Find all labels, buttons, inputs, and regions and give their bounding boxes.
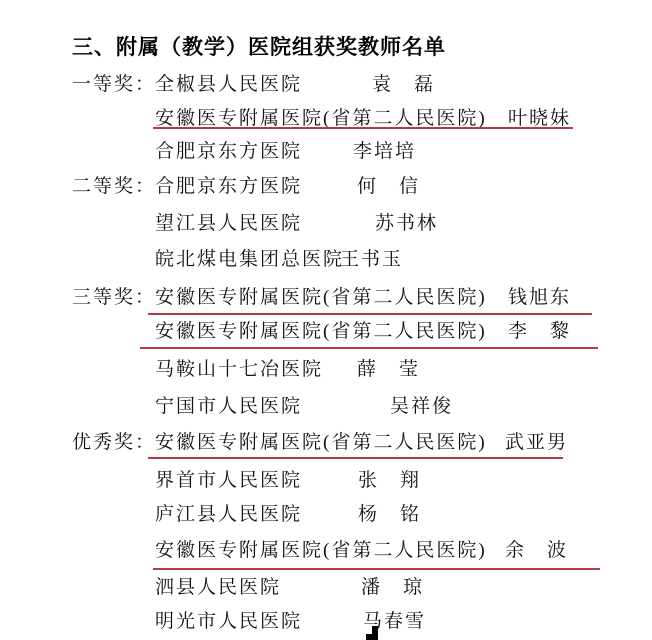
hospital-name: 皖北煤电集团总医院 xyxy=(155,249,344,270)
hospital-name: 安徽医专附属医院(省第二人民医院) xyxy=(155,287,487,308)
award-row: 皖北煤电集团总医院 王书玉 xyxy=(0,249,652,270)
teacher-name: 钱旭东 xyxy=(508,287,571,308)
teacher-name: 李培培 xyxy=(353,141,416,162)
award-row: 三等奖： 安徽医专附属医院(省第二人民医院) 钱旭东 xyxy=(0,287,652,308)
hospital-name: 安徽医专附属医院(省第二人民医院) xyxy=(155,321,487,342)
award-row: 安徽医专附属医院(省第二人民医院) 叶晓妹 xyxy=(0,108,652,129)
hospital-name: 马鞍山十七冶医院 xyxy=(155,359,323,380)
hospital-name: 合肥京东方医院 xyxy=(155,176,302,197)
award-label: 二等奖： xyxy=(72,176,156,197)
red-underline xyxy=(153,127,573,129)
teacher-name: 何 信 xyxy=(357,176,420,197)
hospital-name: 界首市人民医院 xyxy=(155,470,302,491)
red-underline xyxy=(148,313,592,315)
hospital-name: 宁国市人民医院 xyxy=(155,396,302,417)
hospital-name: 全椒县人民医院 xyxy=(155,74,302,95)
award-row: 安徽医专附属医院(省第二人民医院) 李 黎 xyxy=(0,321,652,342)
red-underline xyxy=(148,457,563,459)
hospital-name: 合肥京东方医院 xyxy=(155,141,302,162)
text-cursor-artifact xyxy=(366,626,378,640)
teacher-name: 袁 磊 xyxy=(372,74,435,95)
teacher-name: 吴祥俊 xyxy=(390,396,453,417)
teacher-name: 李 黎 xyxy=(508,321,571,342)
hospital-name: 泗县人民医院 xyxy=(155,577,281,598)
red-underline xyxy=(153,568,600,570)
teacher-name: 张 翔 xyxy=(358,470,421,491)
teacher-name: 余 波 xyxy=(505,540,568,561)
teacher-name: 潘 琼 xyxy=(361,577,424,598)
document-page: 三、附属（教学）医院组获奖教师名单 一等奖： 全椒县人民医院 袁 磊 安徽医专附… xyxy=(0,0,652,640)
hospital-name: 安徽医专附属医院(省第二人民医院) xyxy=(155,108,487,129)
page-title: 三、附属（教学）医院组获奖教师名单 xyxy=(72,31,446,61)
award-label: 优秀奖： xyxy=(72,432,156,453)
teacher-name: 王书玉 xyxy=(340,249,403,270)
award-row: 泗县人民医院 潘 琼 xyxy=(0,577,652,598)
award-label: 三等奖： xyxy=(72,287,156,308)
teacher-name: 薛 莹 xyxy=(357,359,420,380)
award-row: 合肥京东方医院 李培培 xyxy=(0,141,652,162)
award-row: 明光市人民医院 马春雪 xyxy=(0,611,652,632)
award-row: 庐江县人民医院 杨 铭 xyxy=(0,504,652,525)
red-underline xyxy=(140,347,598,349)
award-row: 安徽医专附属医院(省第二人民医院) 余 波 xyxy=(0,540,652,561)
teacher-name: 苏书林 xyxy=(375,213,438,234)
teacher-name: 杨 铭 xyxy=(358,504,421,525)
hospital-name: 安徽医专附属医院(省第二人民医院) xyxy=(155,540,487,561)
cursor-foot xyxy=(366,634,378,640)
award-row: 马鞍山十七冶医院 薛 莹 xyxy=(0,359,652,380)
teacher-name: 叶晓妹 xyxy=(508,108,571,129)
award-row: 一等奖： 全椒县人民医院 袁 磊 xyxy=(0,74,652,95)
hospital-name: 安徽医专附属医院(省第二人民医院) xyxy=(155,432,487,453)
hospital-name: 明光市人民医院 xyxy=(155,611,302,632)
teacher-name: 武亚男 xyxy=(505,432,568,453)
award-row: 宁国市人民医院 吴祥俊 xyxy=(0,396,652,417)
award-label: 一等奖： xyxy=(72,74,156,95)
hospital-name: 庐江县人民医院 xyxy=(155,504,302,525)
award-row: 优秀奖： 安徽医专附属医院(省第二人民医院) 武亚男 xyxy=(0,432,652,453)
award-row: 界首市人民医院 张 翔 xyxy=(0,470,652,491)
award-row: 望江县人民医院 苏书林 xyxy=(0,213,652,234)
hospital-name: 望江县人民医院 xyxy=(155,213,302,234)
award-row: 二等奖： 合肥京东方医院 何 信 xyxy=(0,176,652,197)
